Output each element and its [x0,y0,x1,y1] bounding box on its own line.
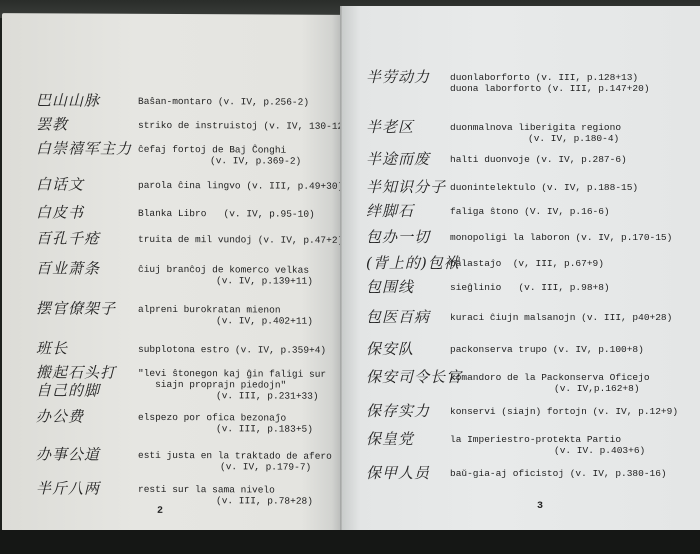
volume-page-reference: (v. IV, p.402+11) [138,315,313,327]
esperanto-translation: Blanka Libro (v. IV, p.95-10) [138,208,315,220]
esperanto-translation: striko de instruistoj (v. IV, 130-12) [138,120,349,132]
chinese-term: 包办一切 [366,228,430,246]
chinese-term: 保存实力 [366,402,430,420]
translation-text: packonserva trupo (v. IV, p.100+8) [450,344,644,355]
chinese-term: 包医百病 [366,308,430,326]
page-number-right: 3 [537,501,543,512]
volume-page-reference: (v. III, p.231+33) [138,390,326,402]
esperanto-translation: duonintelektulo (v. IV, p.188-15) [450,182,638,193]
translation-text: sieĝlinio (v. III, p.98+8) [450,282,610,293]
page-number-left: 2 [157,506,163,517]
chinese-term: 百业萧条 [36,259,100,277]
chinese-term: 班长 [36,339,68,357]
esperanto-translation: truita de mil vundoj (v. IV, p.47+2) [138,234,343,246]
volume-page-reference: (v. IV, p.369-2) [138,155,301,167]
translation-text: la Imperiestro-protekta Partio [450,434,621,445]
esperanto-translation: halti duonvoje (v. IV, p.287-6) [450,154,627,165]
left-page: 巴山山脉Baŝan-montaro (v. IV, p.256-2)罢教stri… [2,13,342,537]
translation-text: truita de mil vundoj (v. IV, p.47+2) [138,234,343,246]
chinese-term: 办公费 [36,407,84,425]
chinese-term: 搬起石头打 自己的脚 [36,363,116,399]
esperanto-translation: baŭ-gia-aj oficistoj (v. IV, p.380-16) [450,468,667,479]
chinese-term: 半知识分子 [366,178,446,196]
chinese-term: 巴山山脉 [36,91,100,109]
translation-text: faliga ŝtono (V. IV, p.16-6) [450,206,610,217]
translation-text: esti justa en la traktado de afero [138,450,332,462]
volume-page-reference: (v. III, p.78+28) [138,495,313,507]
translation-text: duonintelektulo (v. IV, p.188-15) [450,182,638,193]
translation-text: balastaĵo (v, III, p.67+9) [450,258,604,269]
volume-page-reference: (v. IV, p.180-4) [450,133,621,144]
chinese-term: 保甲人员 [366,464,430,482]
translation-text: ĉefaj fortoj de Baj Ĉonghi [138,144,286,156]
volume-page-reference: (v. IV,p.162+8) [450,383,650,394]
esperanto-translation: subplotona estro (v. IV, p.359+4) [138,344,326,356]
esperanto-translation: parola ĉina lingvo (v. III, p.49+30) [138,180,343,192]
translation-text: subplotona estro (v. IV, p.359+4) [138,344,326,356]
esperanto-translation: resti sur la sama nivelo(v. III, p.78+28… [138,484,313,507]
esperanto-translation: monopoligi la laboron (v. IV, p.170-15) [450,232,672,243]
esperanto-translation: kuraci ĉiujn malsanojn (v. III, p40+28) [450,312,672,323]
translation-text: resti sur la sama nivelo [138,484,275,496]
esperanto-translation: konservi (siajn) fortojn (v. IV, p.12+9) [450,406,678,417]
translation-text: alpreni burokratan mienon [138,304,281,316]
translation-text: duonlaborforto (v. III, p.128+13) duona … [450,72,650,94]
right-page: 半劳动力duonlaborforto (v. III, p.128+13) du… [342,6,700,540]
translation-text: striko de instruistoj (v. IV, 130-12) [138,120,349,132]
chinese-term: 罢教 [36,115,68,133]
translation-text: elspezo por ofica bezonaĵo [138,412,286,424]
chinese-term: 半途而废 [366,150,430,168]
volume-page-reference: (v. III, p.183+5) [138,423,313,435]
esperanto-translation: duonmalnova liberigita regiono(v. IV, p.… [450,122,621,144]
translation-text: baŭ-gia-aj oficistoj (v. IV, p.380-16) [450,468,667,479]
translation-text: Blanka Libro (v. IV, p.95-10) [138,208,315,220]
chinese-term: 办事公道 [36,445,100,463]
chinese-term: 保安队 [366,340,414,358]
esperanto-translation: balastaĵo (v, III, p.67+9) [450,258,604,269]
translation-text: duonmalnova liberigita regiono [450,122,621,133]
chinese-term: (背上的)包袱 [366,254,460,272]
volume-page-reference: (v. IV, p.139+11) [138,275,313,287]
chinese-term: 白崇禧军主力 [36,139,132,158]
esperanto-translation: alpreni burokratan mienon(v. IV, p.402+1… [138,304,313,327]
esperanto-translation: sieĝlinio (v. III, p.98+8) [450,282,610,293]
translation-text: konservi (siajn) fortojn (v. IV, p.12+9) [450,406,678,417]
translation-text: komandoro de la Packonserva Oficejo [450,372,650,383]
esperanto-translation: ĉefaj fortoj de Baj Ĉonghi(v. IV, p.369-… [138,144,301,167]
chinese-term: 保皇党 [366,430,414,448]
volume-page-reference: (v. IV. p.403+6) [450,445,645,456]
esperanto-translation: ĉiuj branĉoj de komerco velkas(v. IV, p.… [138,264,313,287]
esperanto-translation: duonlaborforto (v. III, p.128+13) duona … [450,72,650,94]
translation-text: Baŝan-montaro (v. IV, p.256-2) [138,96,309,108]
chinese-term: 白皮书 [36,203,84,221]
chinese-term: 白话文 [36,175,84,193]
chinese-term: 半劳动力 [366,68,430,86]
translation-text: parola ĉina lingvo (v. III, p.49+30) [138,180,343,192]
chinese-term: 百孔千疮 [36,229,100,247]
volume-page-reference: (v. IV, p.179-7) [138,461,332,473]
chinese-term: 保安司令长官 [366,368,462,386]
esperanto-translation: esti justa en la traktado de afero(v. IV… [138,450,332,473]
translation-text: kuraci ĉiujn malsanojn (v. III, p40+28) [450,312,672,323]
esperanto-translation: la Imperiestro-protekta Partio(v. IV. p.… [450,434,645,456]
esperanto-translation: faliga ŝtono (V. IV, p.16-6) [450,206,610,217]
translation-text: ĉiuj branĉoj de komerco velkas [138,264,309,276]
translation-text: "levi ŝtonegon kaj ĝin faligi sur siajn … [138,368,326,391]
esperanto-translation: elspezo por ofica bezonaĵo(v. III, p.183… [138,412,313,435]
esperanto-translation: komandoro de la Packonserva Oficejo(v. I… [450,372,650,394]
esperanto-translation: Baŝan-montaro (v. IV, p.256-2) [138,96,309,108]
translation-text: halti duonvoje (v. IV, p.287-6) [450,154,627,165]
chinese-term: 包围线 [366,278,414,296]
translation-text: monopoligi la laboron (v. IV, p.170-15) [450,232,672,243]
chinese-term: 绊脚石 [366,202,414,220]
background-bottom [0,530,700,554]
chinese-term: 半老区 [366,118,414,136]
chinese-term: 摆官僚架子 [36,299,116,317]
chinese-term: 半斤八两 [36,479,100,497]
esperanto-translation: packonserva trupo (v. IV, p.100+8) [450,344,644,355]
esperanto-translation: "levi ŝtonegon kaj ĝin faligi sur siajn … [138,368,326,402]
